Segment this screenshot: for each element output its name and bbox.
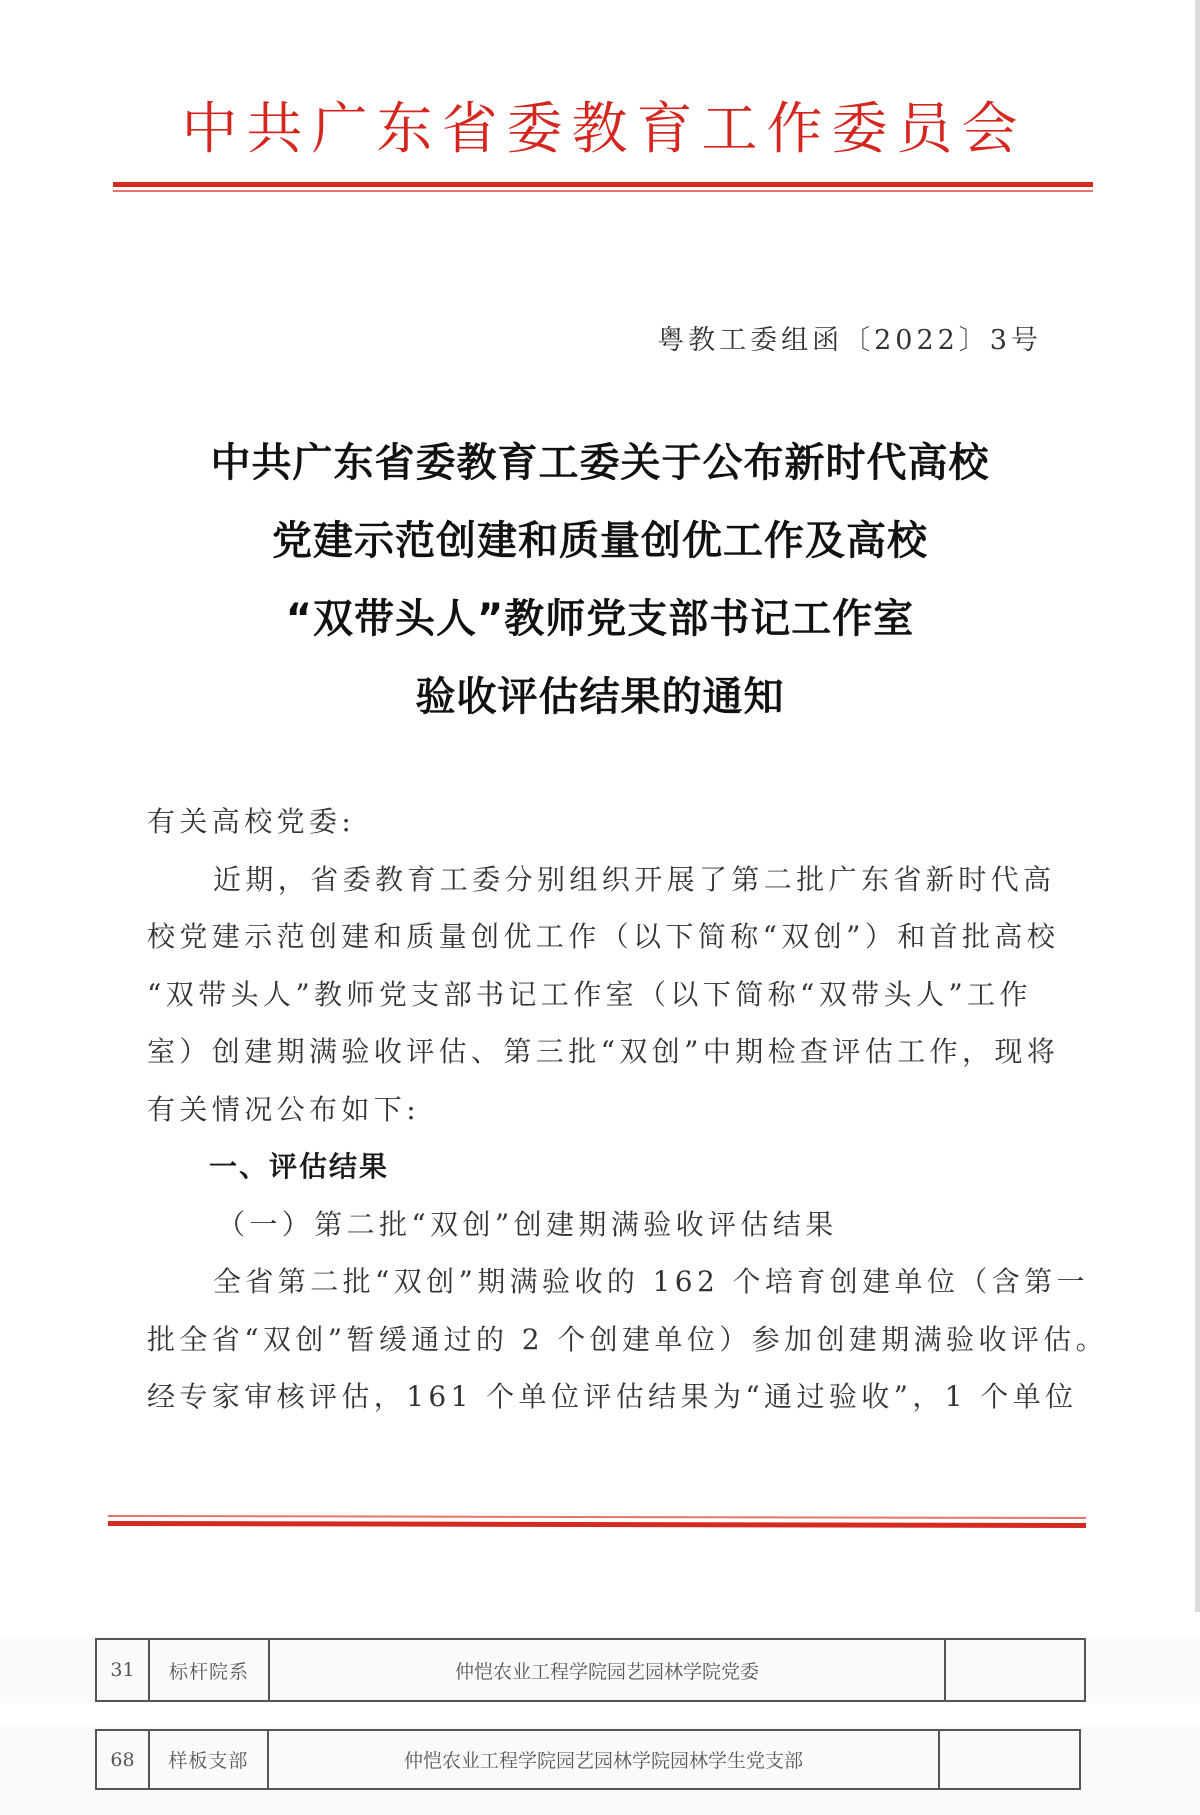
section-heading: 一、评估结果 (147, 1138, 1042, 1196)
body-line: 全省第二批“双创”期满验收的 162 个培育创建单位（含第一 (147, 1253, 1042, 1311)
cell-number: 68 (96, 1730, 149, 1789)
document-title: 中共广东省委教育工委关于公布新时代高校 党建示范创建和质量创优工作及高校 “双带… (0, 424, 1200, 736)
body-line: “双带头人”教师党支部书记工作室（以下简称“双带头人”工作 (147, 966, 1042, 1024)
title-line: 中共广东省委教育工委关于公布新时代高校 (0, 424, 1200, 502)
body-line: 经专家审核评估，161 个单位评估结果为“通过验收”，1 个单位 (147, 1368, 1042, 1426)
cell-number: 31 (96, 1639, 149, 1701)
footer-rule-thin (108, 1515, 1086, 1519)
letterhead-rule-thin (113, 190, 1093, 192)
body-line: 有关情况公布如下: (147, 1081, 1042, 1139)
cell-unit: 仲恺农业工程学院园艺园林学院党委 (269, 1639, 945, 1701)
body-line: 室）创建期满验收评估、第三批“双创”中期检查评估工作，现将 (147, 1023, 1042, 1081)
letterhead-issuer: 中共广东省委教育工作委员会 (110, 98, 1098, 162)
title-line: 党建示范创建和质量创优工作及高校 (0, 502, 1200, 580)
body-line: 近期，省委教育工委分别组织开展了第二批广东省新时代高 (147, 851, 1042, 909)
footer-rule-thick (108, 1521, 1086, 1528)
table-row: 68 样板支部 仲恺农业工程学院园艺园林学院园林学生党支部 (96, 1730, 1080, 1789)
document-number: 粤教工委组函〔2022〕3号 (657, 318, 1042, 357)
subsection-heading: （一）第二批“双创”创建期满验收评估结果 (147, 1196, 1042, 1254)
cell-category: 样板支部 (149, 1730, 268, 1789)
table-excerpt: 68 样板支部 仲恺农业工程学院园艺园林学院园林学生党支部 (95, 1729, 1081, 1790)
salutation: 有关高校党委: (147, 793, 1042, 851)
cell-unit: 仲恺农业工程学院园艺园林学院园林学生党支部 (268, 1730, 940, 1789)
body-line: 校党建示范创建和质量创优工作（以下简称“双创”）和首批高校 (147, 908, 1042, 966)
title-line: 验收评估结果的通知 (0, 658, 1200, 736)
cell-remark (939, 1730, 1080, 1789)
title-line: “双带头人”教师党支部书记工作室 (0, 580, 1200, 658)
cell-category: 标杆院系 (149, 1639, 269, 1701)
table-excerpt: 31 标杆院系 仲恺农业工程学院园艺园林学院党委 (95, 1638, 1086, 1702)
page-edge (1195, 0, 1200, 1612)
table-row: 31 标杆院系 仲恺农业工程学院园艺园林学院党委 (96, 1639, 1085, 1701)
body-line: 批全省“双创”暂缓通过的 2 个创建单位）参加创建期满验收评估。 (147, 1311, 1042, 1369)
cell-remark (945, 1639, 1085, 1701)
letterhead-rule-thick (113, 182, 1093, 187)
document-body: 有关高校党委: 近期，省委教育工委分别组织开展了第二批广东省新时代高 校党建示范… (147, 793, 1042, 1426)
